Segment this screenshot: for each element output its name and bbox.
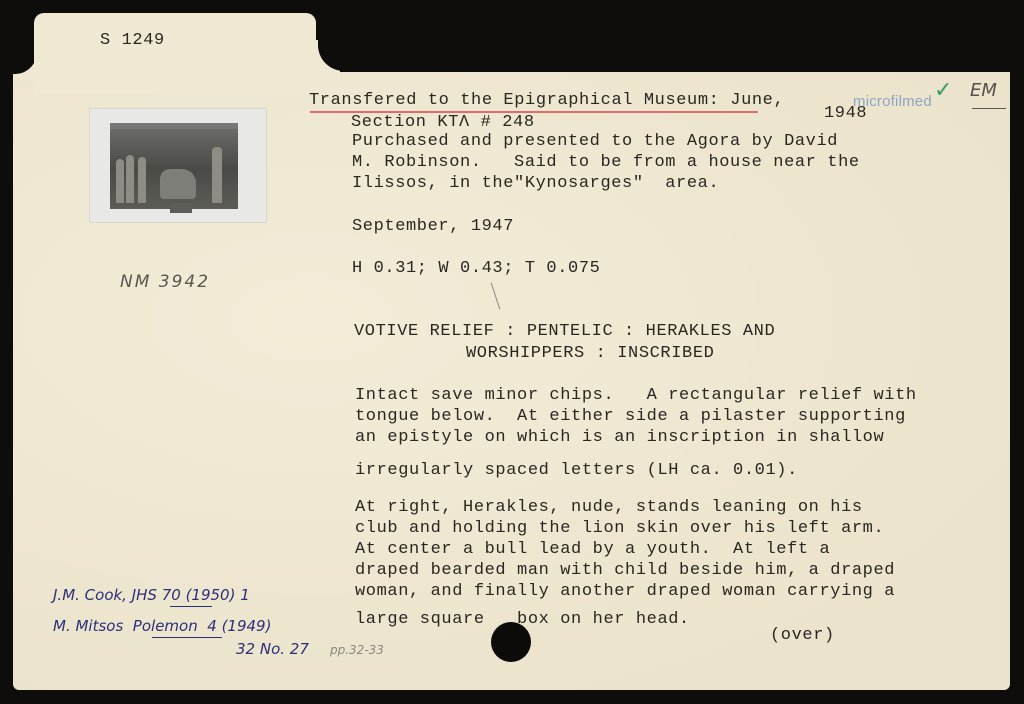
section-line: Section KTΛ # 248 bbox=[351, 112, 535, 133]
description-line: woman, and finally another draped woman … bbox=[355, 581, 895, 602]
bibliography-reference: J.M. Cook, JHS 70 (1950) 1 bbox=[53, 586, 250, 604]
description-line: At center a bull lead by a youth. At lef… bbox=[355, 539, 830, 560]
relief-tongue bbox=[170, 203, 192, 213]
catalog-number: S 1249 bbox=[100, 30, 165, 51]
card-index-tab bbox=[34, 13, 316, 93]
object-title-line: VOTIVE RELIEF : PENTELIC : HERAKLES AND bbox=[354, 321, 775, 342]
reference-underline bbox=[152, 637, 222, 638]
provenance-line: Purchased and presented to the Agora by … bbox=[352, 131, 838, 152]
pencil-page-note: pp.32-33 bbox=[330, 643, 384, 657]
card-tab-cutout bbox=[318, 13, 378, 71]
figure-shape bbox=[126, 155, 134, 203]
figure-shape bbox=[116, 159, 124, 203]
bibliography-reference: M. Mitsos Polemon 4 (1949) bbox=[53, 617, 271, 635]
provenance-line: Ilissos, in the"Kynosarges" area. bbox=[352, 173, 719, 194]
bull-shape bbox=[160, 169, 196, 199]
provenance-line: M. Robinson. Said to be from a house nea… bbox=[352, 152, 860, 173]
initials-underline bbox=[972, 108, 1006, 109]
punch-hole bbox=[491, 622, 531, 662]
inventory-number-handwritten: NM 3942 bbox=[120, 272, 210, 292]
over-note: (over) bbox=[770, 625, 835, 646]
acquisition-date: September, 1947 bbox=[352, 216, 514, 237]
checkmark-icon: ✓ bbox=[934, 78, 952, 103]
relief-image bbox=[110, 123, 238, 209]
microfilmed-stamp: microfilmed bbox=[853, 93, 932, 110]
condition-line: irregularly spaced letters (LH ca. 0.01)… bbox=[355, 460, 798, 481]
reference-underline bbox=[170, 606, 212, 607]
condition-line: tongue below. At either side a pilaster … bbox=[355, 406, 906, 427]
bibliography-reference: 32 No. 27 bbox=[236, 640, 309, 658]
dimensions: H 0.31; W 0.43; T 0.075 bbox=[352, 258, 600, 279]
relief-photo bbox=[89, 108, 267, 223]
figure-shape bbox=[138, 157, 146, 203]
object-title-line: WORSHIPPERS : INSCRIBED bbox=[466, 343, 714, 364]
initials: EM bbox=[970, 80, 997, 101]
condition-line: Intact save minor chips. A rectangular r… bbox=[355, 385, 917, 406]
condition-line: an epistyle on which is an inscription i… bbox=[355, 427, 884, 448]
description-line: club and holding the lion skin over his … bbox=[355, 518, 884, 539]
description-line: draped bearded man with child beside him… bbox=[355, 560, 895, 581]
herakles-shape bbox=[212, 147, 222, 203]
transfer-note: Transfered to the Epigraphical Museum: J… bbox=[309, 90, 784, 111]
description-line: At right, Herakles, nude, stands leaning… bbox=[355, 497, 863, 518]
